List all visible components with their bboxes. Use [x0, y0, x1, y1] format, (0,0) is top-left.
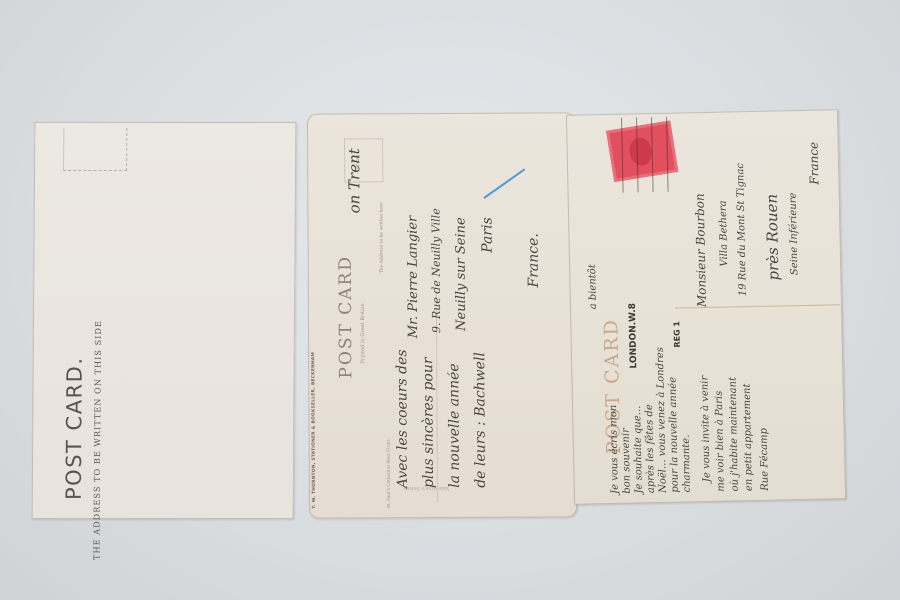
- handwriting-message-3: la nouvelle année: [446, 363, 463, 488]
- handwriting-message-5: après les fêtes de: [644, 404, 657, 493]
- handwriting-message-8: charmante.: [681, 435, 693, 493]
- address-instruction: The Address to be written here: [379, 202, 384, 273]
- handwriting-address-4: Paris: [479, 217, 495, 253]
- publisher-line: T. W. THORNTON, STATIONER & BOOKSELLER, …: [311, 352, 317, 509]
- handwriting-address-3: Neuilly sur Seine: [453, 217, 469, 331]
- monarch-portrait: [628, 136, 654, 167]
- handwriting-message-11: où j'habite maintenant: [727, 377, 740, 492]
- handwriting-message-13: Rue Fécamp: [759, 428, 771, 491]
- handwriting-message-9: Je vous invite à venir: [699, 376, 712, 482]
- postcard-subtitle: THE ADDRESS TO BE WRITTEN ON THIS SIDE: [91, 320, 103, 560]
- handwriting-message-1: Avec les coeurs des: [394, 349, 411, 488]
- photo-caption: St. Paul's Cathedral West Front.: [386, 368, 392, 508]
- postcard-st-pauls: STAMP T. W. THORNTON, STATIONER & BOOKSE…: [307, 112, 577, 518]
- handwriting-address-5: France.: [526, 233, 542, 287]
- handwriting-address-5: Seine Inférieure: [788, 192, 801, 275]
- printed-in-line: Printed in Great Britain: [360, 303, 366, 363]
- handwriting-message-3: bon souvenir: [621, 428, 633, 494]
- handwriting-address-6: France: [807, 142, 822, 185]
- handwriting-message-10: me voir bien à Paris: [714, 391, 727, 492]
- handwriting-message-4: Je souhaite que...: [632, 406, 645, 494]
- handwriting-message-1: a bientôt: [587, 264, 599, 309]
- postcard-posted: POST CARD LONDON.W.8 REG 1 Monsieur Bour…: [566, 109, 846, 505]
- handwriting-message-2: Je vous écris mon: [608, 405, 621, 494]
- handwriting-address-4: près Rouen: [763, 194, 783, 281]
- postcard-title: POST CARD.: [62, 357, 87, 501]
- handwriting-message-2: plus sincères pour: [420, 357, 437, 488]
- postmark-code: REG 1: [672, 321, 682, 348]
- handwriting-corner: on Trent: [345, 148, 363, 213]
- handwriting-address-1: Monsieur Bourbon: [693, 193, 709, 307]
- handwriting-address-1: Mr. Pierre Langier: [405, 216, 421, 338]
- handwriting-address-2: 9. Rue de Neuilly Ville: [429, 208, 443, 333]
- handwriting-address-2: Villa Bethera: [718, 200, 730, 266]
- handwriting-message-12: en petit appartement: [742, 383, 755, 491]
- handwriting-message-4: de leurs : Bachwell: [472, 352, 489, 488]
- stamp-placeholder-box: [63, 128, 127, 171]
- postcard-title: POST CARD: [336, 255, 357, 379]
- postcard-blank: POST CARD. THE ADDRESS TO BE WRITTEN ON …: [32, 122, 297, 519]
- postmark-city: LONDON.W.8: [628, 303, 639, 369]
